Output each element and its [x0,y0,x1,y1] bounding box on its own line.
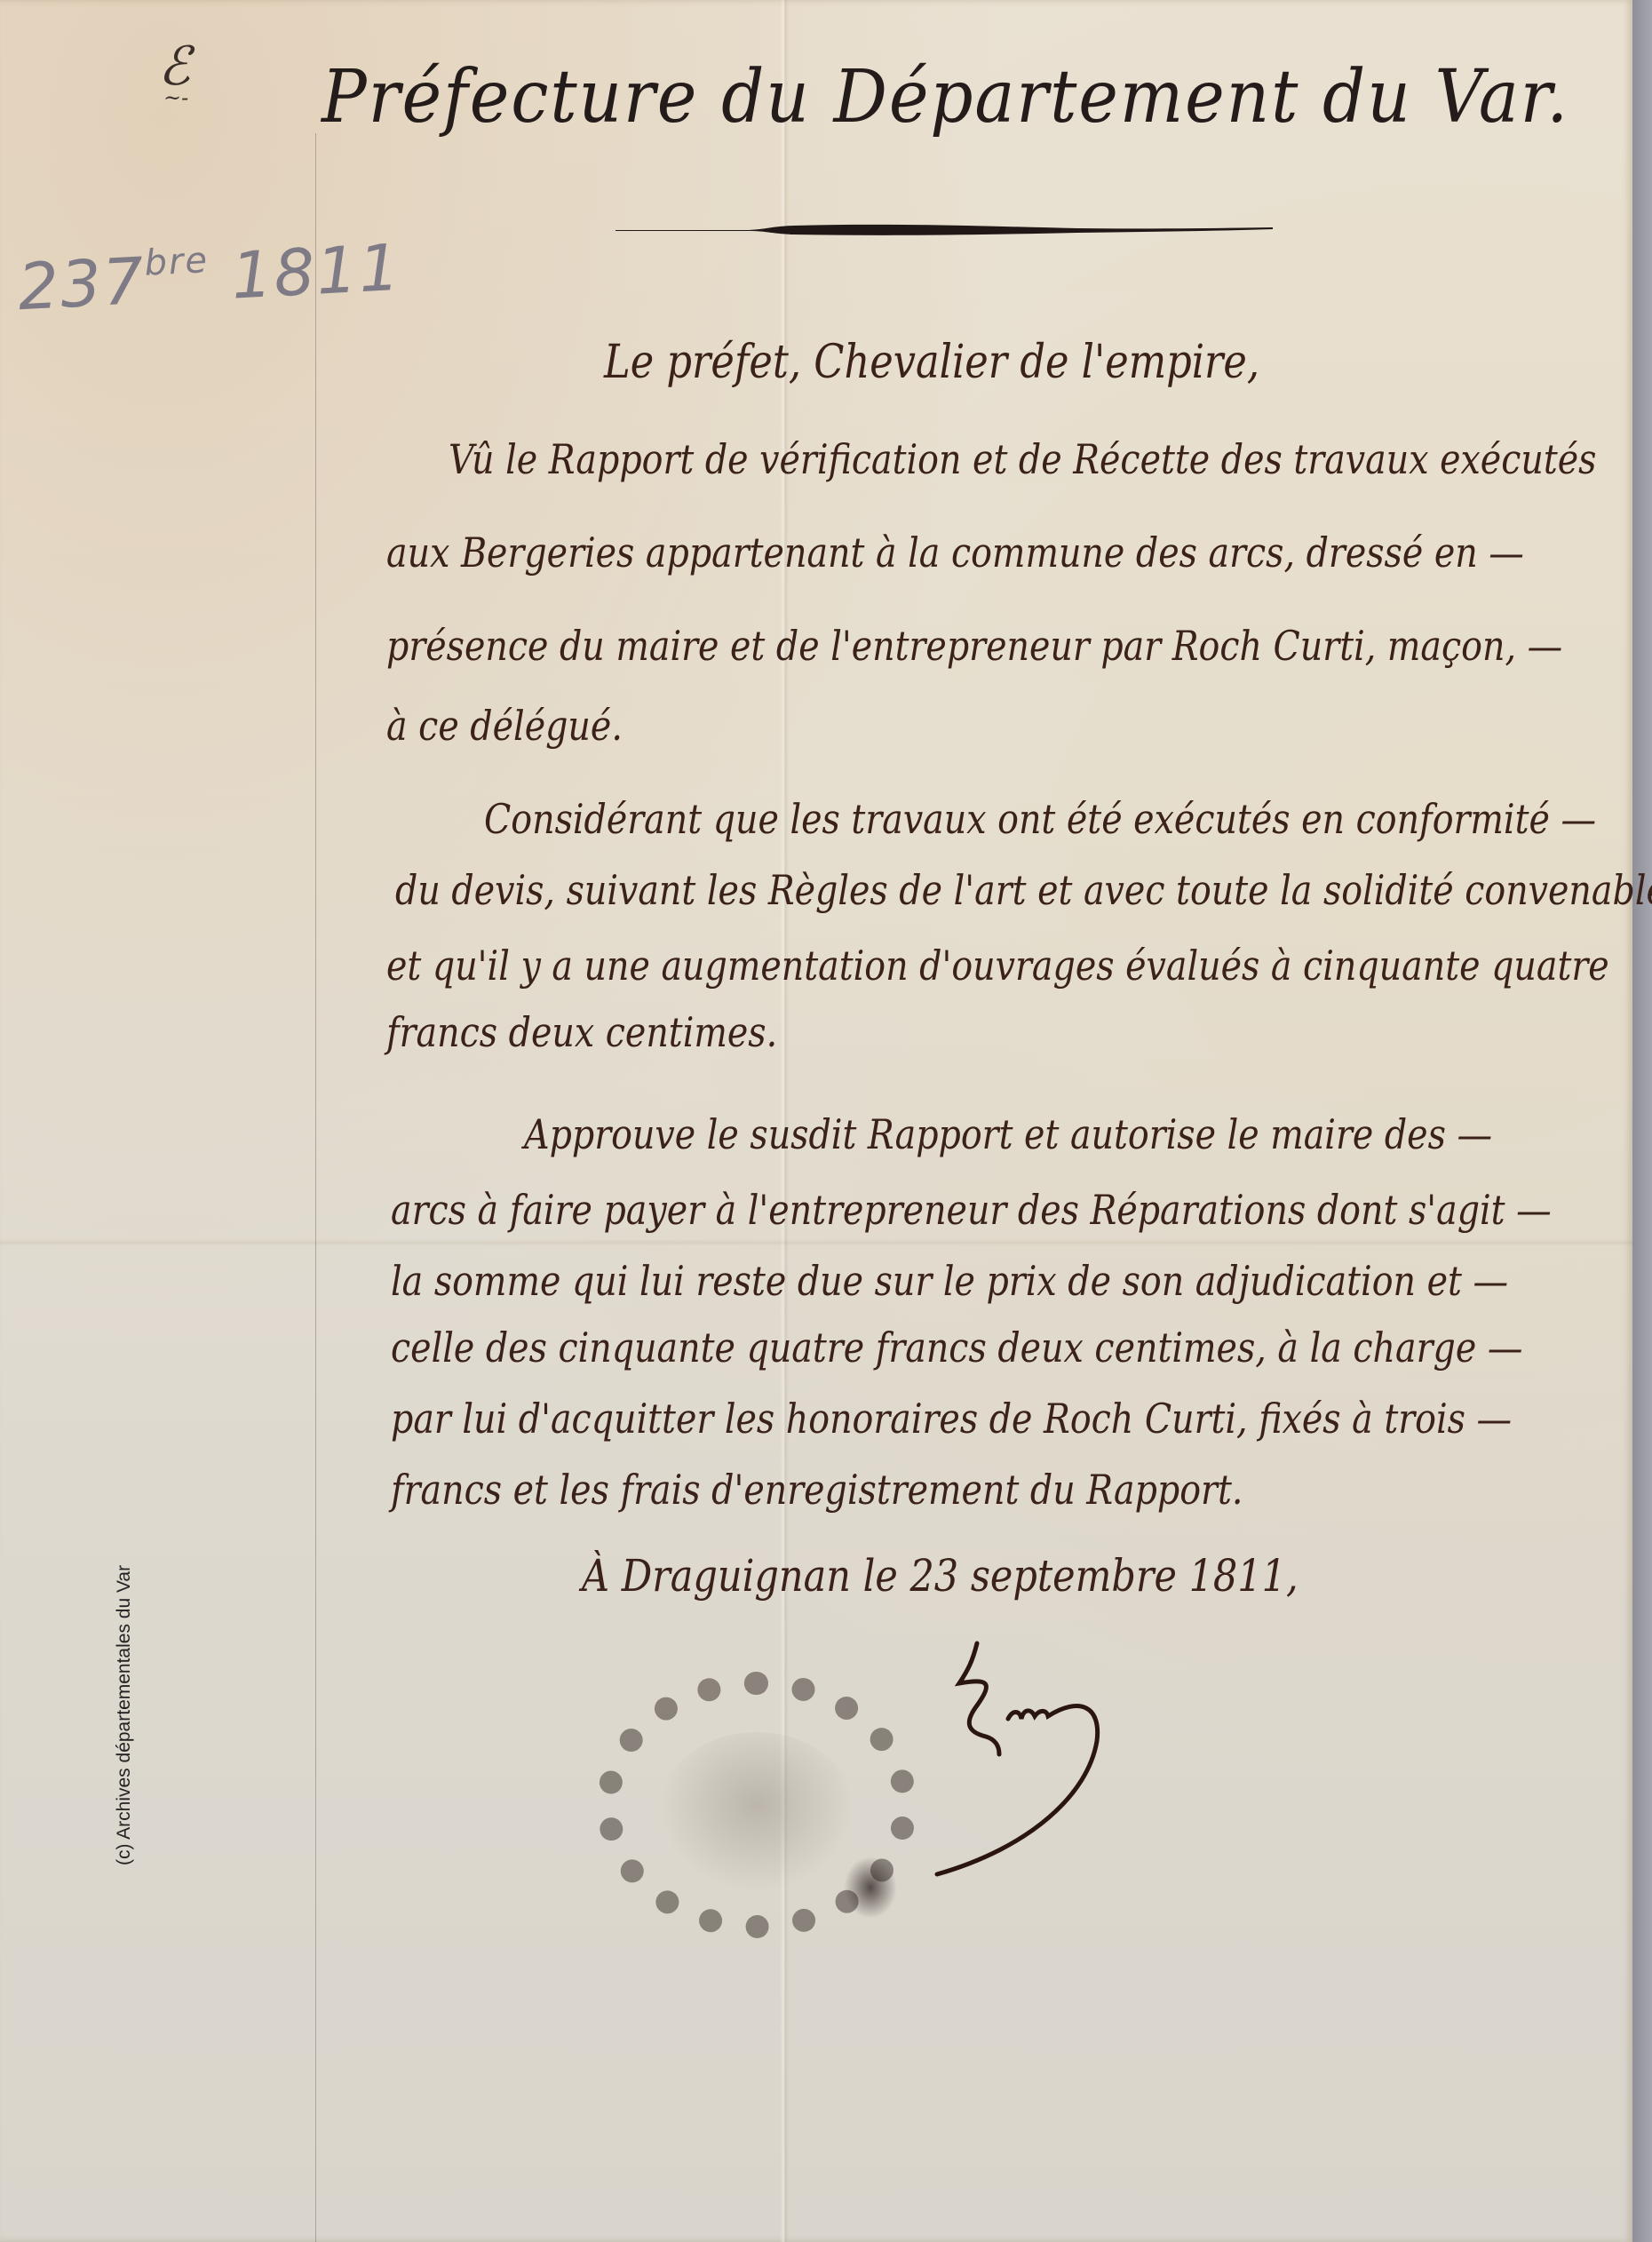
paragraph-3-line-2: arcs à faire payer à l'entrepreneur des … [391,1186,1552,1234]
place-and-date: À Draguignan le 23 septembre 1811, [582,1550,1299,1602]
note-day: 23 [16,245,105,324]
paragraph-3-line-1: Approuve le susdit Rapport et autorise l… [524,1110,1492,1158]
paragraph-1-line-2: aux Bergeries appartenant à la commune d… [386,529,1524,576]
horizontal-fold-line [0,1239,1634,1246]
note-month-sup: bre [143,240,210,284]
paragraph-2-line-2: du devis, suivant les Règles de l'art et… [395,866,1652,914]
paragraph-3-line-5: par lui d'acquitter les honoraires de Ro… [391,1395,1512,1443]
paragraph-1-line-3: présence du maire et de l'entrepreneur p… [386,622,1562,670]
copyright-notice: (c) Archives départementales du Var [114,1565,135,1865]
prefect-signature: Zen [924,1634,1137,1883]
background-strip [1632,0,1652,2242]
paragraph-3-line-3: la somme qui lui reste due sur le prix d… [391,1257,1508,1305]
paragraph-3-line-6: francs et les frais d'enregistrement du … [391,1466,1243,1514]
seal-ink-smudge [844,1856,897,1919]
prefecture-header: Préfecture du Département du Var. [322,55,1481,139]
seal-eagle-emblem [659,1732,854,1892]
paragraph-2-line-4: francs deux centimes. [386,1008,777,1056]
paragraph-2-line-1: Considérant que les travaux ont été exéc… [484,795,1596,843]
note-month: 7 [101,243,147,320]
paragraph-2-line-3: et qu'il y a une augmentation d'ouvrages… [386,942,1609,990]
corner-mark: ℰ ~- [158,36,190,110]
paragraph-1-line-4: à ce délégué. [386,702,623,750]
salutation: Le préfet, Chevalier de l'empire, [604,336,1259,389]
corner-mark-sub: ~- [163,85,190,110]
note-year: 1811 [230,230,403,314]
ornamental-rule [616,224,1273,236]
paragraph-1-line-1: Vû le Rapport de vérification et de Réce… [449,435,1596,483]
paragraph-3-line-4: celle des cinquante quatre francs deux c… [391,1324,1522,1371]
margin-rule [315,133,316,2242]
